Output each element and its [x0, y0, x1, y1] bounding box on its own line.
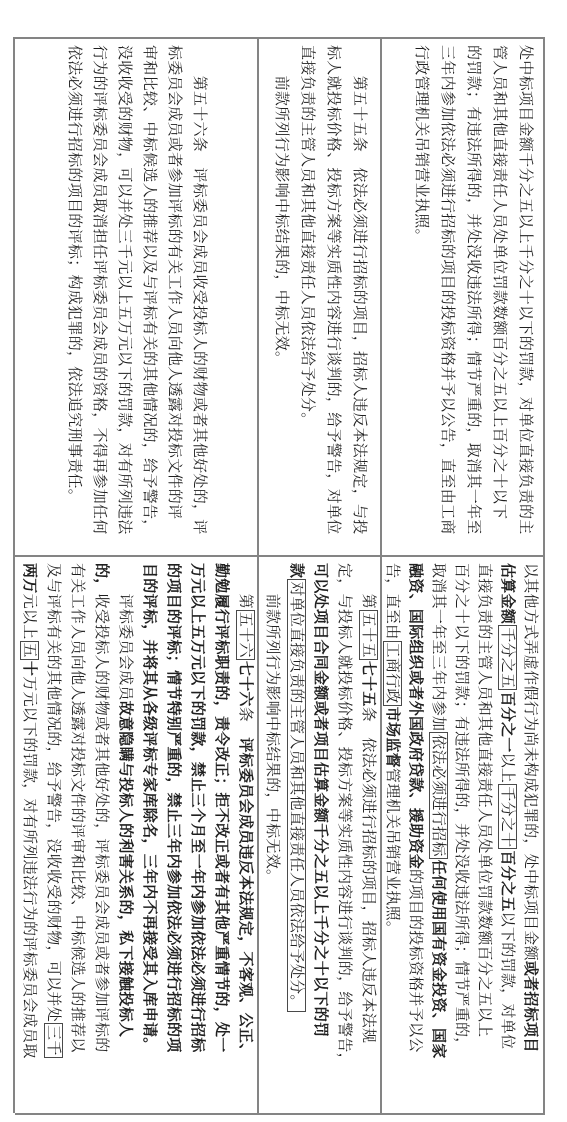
- body-text: 标委员会成员或者参加评标的有关工作人员向他人透露对投标文件的评: [166, 45, 183, 519]
- inserted-text: 估算金额: [499, 563, 516, 624]
- body-text: 评标委员会成员: [117, 563, 134, 701]
- text-line: 行政管理机关吊销营业执照。: [408, 45, 434, 550]
- body-text: 条: [237, 707, 254, 738]
- inserted-text: 万元以上五万元以下的罚款，禁止三个月至一年内参加依法必须进行招标: [189, 563, 206, 1053]
- inserted-text: 或者招标项目: [522, 961, 539, 1053]
- body-text: 有关工作人员向他人透露对投标文件的评审和比较、中标候选人的推荐以: [69, 563, 86, 1053]
- inserted-text: 评标委员会成员违反本法规定，不客观、公正、: [237, 737, 254, 1058]
- text-line: 前款所列行为影响中标结果的，中标无效。: [269, 45, 295, 550]
- table-cell-draft-art76: 第五十六七十六条 评标委员会成员违反本法规定，不客观、公正、勤勉履行评标职责的，…: [13, 563, 259, 1108]
- body-text: 依法必须进行招标的项目的评标；构成犯罪的，依法追究刑事责任。: [66, 45, 83, 504]
- inserted-text: 十: [21, 661, 38, 676]
- text-line: 融资、国际组织或者外国政府贷款、援助资金的项目的投标资格并予以公: [404, 563, 427, 1108]
- body-text: 以其他方式弄虚作假行为尚未构成犯罪的，处中标项目金额: [522, 563, 539, 961]
- text-line: 告，直至由工商行政市场监督管理机关吊销营业执照。: [381, 563, 404, 1108]
- text-line: 没收收受的财物，可以并处三千元以上五万元以下的罚款，对有所列违法: [112, 45, 137, 550]
- inserted-text: 两万: [21, 563, 38, 594]
- text-line: 款对单位直接负责的主管人员和其他直接责任人员依法给予处分。: [284, 563, 308, 1108]
- body-text: 收受投标人的财物或者其他好处的，评标委员会成员或者参加评标的: [93, 594, 110, 1053]
- table-cell-draft-art75: 第五十五七十五条 依法必须进行招标的项目，招标人违反本法规定，与投标人就投标价格…: [257, 563, 382, 1108]
- table-border: [15, 555, 545, 557]
- inserted-text: 的，: [93, 563, 110, 594]
- text-line: 三年内参加依法必须进行招标的项目的投标资格并予以公告，直至由工商: [434, 45, 460, 550]
- body-text: 标人就投标价格、投标方案等实质性内容进行谈判的，给予警告，对单位: [326, 45, 343, 535]
- body-text: 的项目的投标资格并予以公: [407, 869, 424, 1053]
- inserted-text: 款: [288, 563, 305, 578]
- body-text: 行为的评标委员会成员取消担任评标委员会成员的资格，不得再参加任何: [91, 45, 108, 535]
- text-line: 依法必须进行招标的项目的评标；构成犯罪的，依法追究刑事责任。: [62, 45, 87, 550]
- body-text: 以下的罚款，对单位: [499, 912, 516, 1050]
- body-text: 没收收受的财物，可以并处三千元以上五万元以下的罚款，对有所列违法: [116, 45, 133, 535]
- text-line: 标委员会成员或者参加评标的有关工作人员向他人透露对投标文件的评: [162, 45, 187, 550]
- inserted-text: 目的评标，并将其从各级评标专家库除名，三年内不再接受其入库申请。: [141, 563, 158, 1053]
- body-text: 以上: [499, 753, 516, 784]
- deleted-text-box: 五: [20, 641, 39, 660]
- inserted-text: 七十六: [237, 661, 254, 707]
- body-text: 定，与投标人就投标价格、投标方案等实质性内容进行谈判的，给予警告，: [336, 563, 353, 1068]
- text-line: 第五十六七十六条 评标委员会成员违反本法规定，不客观、公正、: [233, 563, 257, 1108]
- text-line: 的罚款；有违法所得的，并处没收违法所得；情节严重的，取消其一年至: [460, 45, 486, 550]
- inserted-text: 市场监督: [384, 707, 401, 768]
- deleted-text-box: 千分之十: [498, 784, 517, 849]
- body-text: 三年内参加依法必须进行招标的项目的投标资格并予以公告，直至由工商: [439, 45, 456, 535]
- body-text: 管人员和其他直接责任人员处单位罚款数额百分之五以上百分之十以下: [491, 45, 508, 519]
- inserted-text: 勤勉履行评标职责的，责令改正；拒不改正或者有其他严重情节的，处一: [213, 563, 230, 1053]
- text-line: 审和比较、中标候选人的推荐以及与评标有关的其他情况的，给予警告，: [137, 45, 162, 550]
- inserted-text: 可以处项目合同金额或者项目估算金额千分之五以上千分之十以下的罚: [312, 563, 329, 1037]
- body-text: 告，直至由: [384, 563, 401, 640]
- body-text: 审和比较、中标候选人的推荐以及与评标有关的其他情况的，给予警告，: [141, 45, 158, 535]
- table-cell-law-art55: 第五十五条 依法必须进行招标的项目，招标人违反本法规定，与投标人就投标价格、投标…: [259, 45, 382, 550]
- body-text: 的罚款；有违法所得的，并处没收违法所得；情节严重的，取消其一年至: [465, 45, 482, 535]
- deleted-text-box: 工商行政: [383, 641, 402, 706]
- deleted-text-box: 五十五: [359, 610, 378, 660]
- text-line: 直接负责的主管人员和其他直接责任人员处单位罚款数额百分之五以上: [473, 563, 496, 1108]
- body-text: 第: [237, 563, 254, 609]
- body-text: 管理机关吊销营业执照。: [384, 768, 401, 936]
- text-line: 定，与投标人就投标价格、投标方案等实质性内容进行谈判的，给予警告，: [332, 563, 356, 1108]
- text-line: 第五十五条 依法必须进行招标的项目，招标人违反本法规定，与投: [347, 45, 373, 550]
- table-cell-law-art54-continuation: 处中标项目金额千分之五以上千分之十以下的罚款，对单位直接负责的主管人员和其他直接…: [375, 45, 545, 550]
- table-cell-law-art56: 第五十六条 评标委员会成员收受投标人的财物或者其他好处的，评标委员会成员或者参加…: [15, 45, 259, 550]
- inserted-text: 任何使用国有资金投资、国家: [430, 860, 447, 1059]
- body-text: 第五十五条 依法必须进行招标的项目，招标人违反本法规定，与投: [352, 45, 369, 535]
- body-text: 条 依法必须进行招标的项目，招标人违反本法规: [360, 707, 377, 1044]
- scanned-page-viewport: 处中标项目金额千分之五以上千分之十以下的罚款，对单位直接负责的主管人员和其他直接…: [0, 0, 567, 1122]
- text-line: 第五十五七十五条 依法必须进行招标的项目，招标人违反本法规: [356, 563, 380, 1108]
- body-text: 前款所列行为影响中标结果的，中标无效。: [274, 45, 291, 366]
- deleted-text-box: 千分之五: [498, 625, 517, 690]
- text-line: 行为的评标委员会成员取消担任评标委员会成员的资格，不得再参加任何: [87, 45, 112, 550]
- text-line: 估算金额千分之五百分之一以上千分之十百分之五以下的罚款，对单位: [496, 563, 519, 1108]
- body-text: 万元以下的罚款，对有所列违法行为的评标委员会成员取: [21, 676, 38, 1059]
- text-line: 百分之十以下的罚款；有违法所得的，并处没收违法所得；情节严重的，: [450, 563, 473, 1108]
- inserted-text: 融资、国际组织或者外国政府贷款、援助资金: [407, 563, 424, 869]
- text-line: 管人员和其他直接责任人员处单位罚款数额百分之五以上百分之十以下: [486, 45, 512, 550]
- body-text: 直接负责的主管人员和其他直接责任人员依法给予处分。: [300, 45, 317, 428]
- inserted-text: 的项目的评标；情节特别严重的，禁止三年内参加依法必须进行招标的项: [165, 563, 182, 1053]
- body-text: 第五十六条 评标委员会成员收受投标人的财物或者其他好处的，评: [191, 45, 208, 535]
- text-line: 勤勉履行评标职责的，责令改正；拒不改正或者有其他严重情节的，处一: [209, 563, 233, 1108]
- body-text: 及与评标有关的其他情况的，给予警告，没收收受的财物，可以并处: [45, 563, 62, 1022]
- text-line: 第五十六条 评标委员会成员收受投标人的财物或者其他好处的，评: [187, 45, 212, 550]
- text-line: 有关工作人员向他人透露对投标文件的评审和比较、中标候选人的推荐以: [65, 563, 89, 1108]
- inserted-text: 百分之一: [499, 691, 516, 752]
- table-cell-draft-art74-continuation: 以其他方式弄虚作假行为尚未构成犯罪的，处中标项目金额或者招标项目估算金额千分之五…: [379, 563, 545, 1108]
- body-text: 行政管理机关吊销营业执照。: [413, 45, 430, 244]
- body-text: 元以上: [21, 594, 38, 640]
- body-text: 前款所列行为影响中标结果的，中标无效。: [264, 563, 281, 884]
- text-line: 标人就投标价格、投标方案等实质性内容进行谈判的，给予警告，对单位: [321, 45, 347, 550]
- deleted-text-box: 依法必须进行招标: [429, 732, 448, 858]
- text-line: 直接负责的主管人员和其他直接责任人员依法给予处分。: [295, 45, 321, 550]
- body-text: 第: [360, 563, 377, 609]
- text-line: 可以处项目合同金额或者项目估算金额千分之五以上千分之十以下的罚: [308, 563, 332, 1108]
- text-line: 前款所列行为影响中标结果的，中标无效。: [260, 563, 284, 1108]
- table-border: [15, 37, 545, 39]
- deleted-text-box: 对单位直接负责的主管人员和其他直接责任人员依法给予处分。: [287, 579, 306, 1011]
- body-text: 取消其一年至三年内参加: [430, 563, 447, 731]
- text-line: 目的评标，并将其从各级评标专家库除名，三年内不再接受其入库申请。: [137, 563, 161, 1108]
- body-text: 直接负责的主管人员和其他直接责任人员处单位罚款数额百分之五以上: [476, 563, 493, 1037]
- text-line: 取消其一年至三年内参加依法必须进行招标任何使用国有资金投资、国家: [427, 563, 450, 1108]
- text-line: 两万元以上五十万元以下的罚款，对有所列违法行为的评标委员会成员取: [17, 563, 41, 1108]
- scanned-page: 处中标项目金额千分之五以上千分之十以下的罚款，对单位直接负责的主管人员和其他直接…: [0, 0, 567, 1122]
- text-line: 评标委员会成员故意隐瞒与投标人的利害关系的，私下接触投标人: [113, 563, 137, 1108]
- table-border: [15, 1113, 545, 1115]
- body-text: 处中标项目金额千分之五以上千分之十以下的罚款，对单位直接负责的主: [517, 45, 534, 535]
- text-line: 的，收受投标人的财物或者其他好处的，评标委员会成员或者参加评标的: [89, 563, 113, 1108]
- deleted-text-box: 三千: [44, 1023, 63, 1058]
- text-line: 的项目的评标；情节特别严重的，禁止三年内参加依法必须进行招标的项: [161, 563, 185, 1108]
- text-line: 以其他方式弄虚作假行为尚未构成犯罪的，处中标项目金额或者招标项目: [519, 563, 542, 1108]
- inserted-text: 故意隐瞒与投标人的利害关系的，私下接触投标人: [117, 701, 134, 1038]
- inserted-text: 百分之五: [499, 850, 516, 911]
- text-line: 处中标项目金额千分之五以上千分之十以下的罚款，对单位直接负责的主: [512, 45, 538, 550]
- inserted-text: 七十五: [360, 661, 377, 707]
- text-line: 万元以上五万元以下的罚款，禁止三个月至一年内参加依法必须进行招标: [185, 563, 209, 1108]
- deleted-text-box: 五十六: [236, 610, 255, 660]
- text-line: 及与评标有关的其他情况的，给予警告，没收收受的财物，可以并处三千: [41, 563, 65, 1108]
- body-text: 百分之十以下的罚款；有违法所得的，并处没收违法所得；情节严重的，: [453, 563, 470, 1053]
